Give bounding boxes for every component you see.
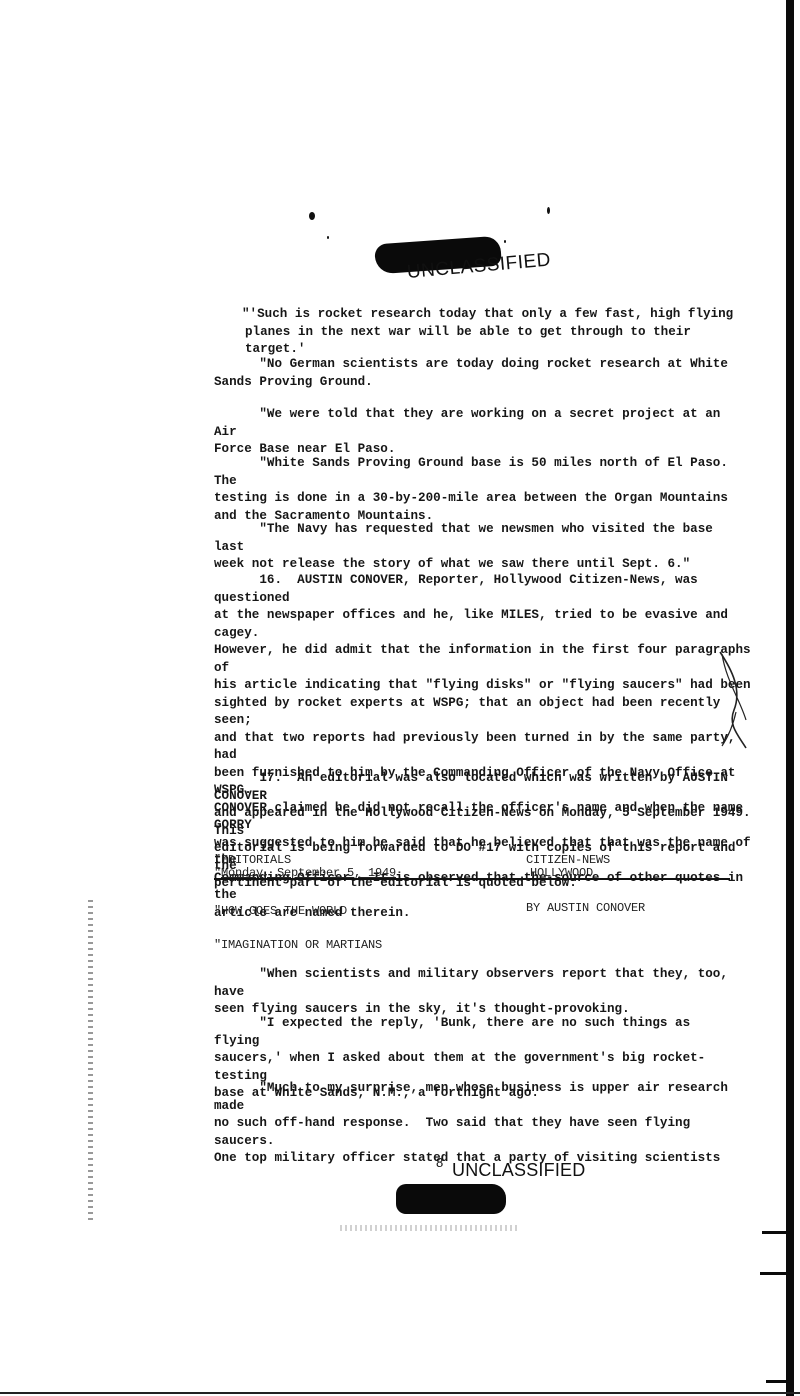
quote-paragraph-2: "No German scientists are today doing ro… <box>214 356 734 391</box>
classification-stamp-bottom: UNCLASSIFIED <box>452 1160 585 1181</box>
redaction-bar-bottom <box>396 1184 506 1214</box>
scan-noise <box>340 1225 520 1231</box>
page-number: 8 <box>436 1155 443 1170</box>
quote-paragraph-1: "'Such is rocket research today that onl… <box>245 306 735 359</box>
document-page: UNCLASSIFIED "'Such is rocket research t… <box>0 0 800 1396</box>
scan-edge-noise <box>88 900 93 1220</box>
scan-border-tick <box>760 1272 786 1275</box>
editorial-byline: BY AUSTIN CONOVER <box>526 901 726 916</box>
scan-artifact <box>547 207 550 214</box>
scan-border-tick <box>762 1231 786 1234</box>
quote-paragraph-3: "We were told that they are working on a… <box>214 406 734 459</box>
scan-border-bottom <box>0 1392 800 1394</box>
scan-border-right <box>786 0 794 1396</box>
editorial-paragraph-1: "When scientists and military observers … <box>214 966 734 1019</box>
editorial-header-rule <box>214 878 730 880</box>
scan-artifact <box>327 236 329 239</box>
quote-paragraph-4: "White Sands Proving Ground base is 50 m… <box>214 455 734 525</box>
quote-paragraph-5: "The Navy has requested that we newsmen … <box>214 521 734 574</box>
editorial-paragraph-3: "Much to my surprise, men whose business… <box>214 1080 734 1168</box>
scan-artifact <box>309 212 315 220</box>
editorial-headline: "IMAGINATION OR MARTIANS <box>214 938 734 953</box>
scan-border-tick <box>766 1380 786 1383</box>
scan-artifact <box>504 240 506 243</box>
handwritten-margin-mark <box>712 650 752 750</box>
